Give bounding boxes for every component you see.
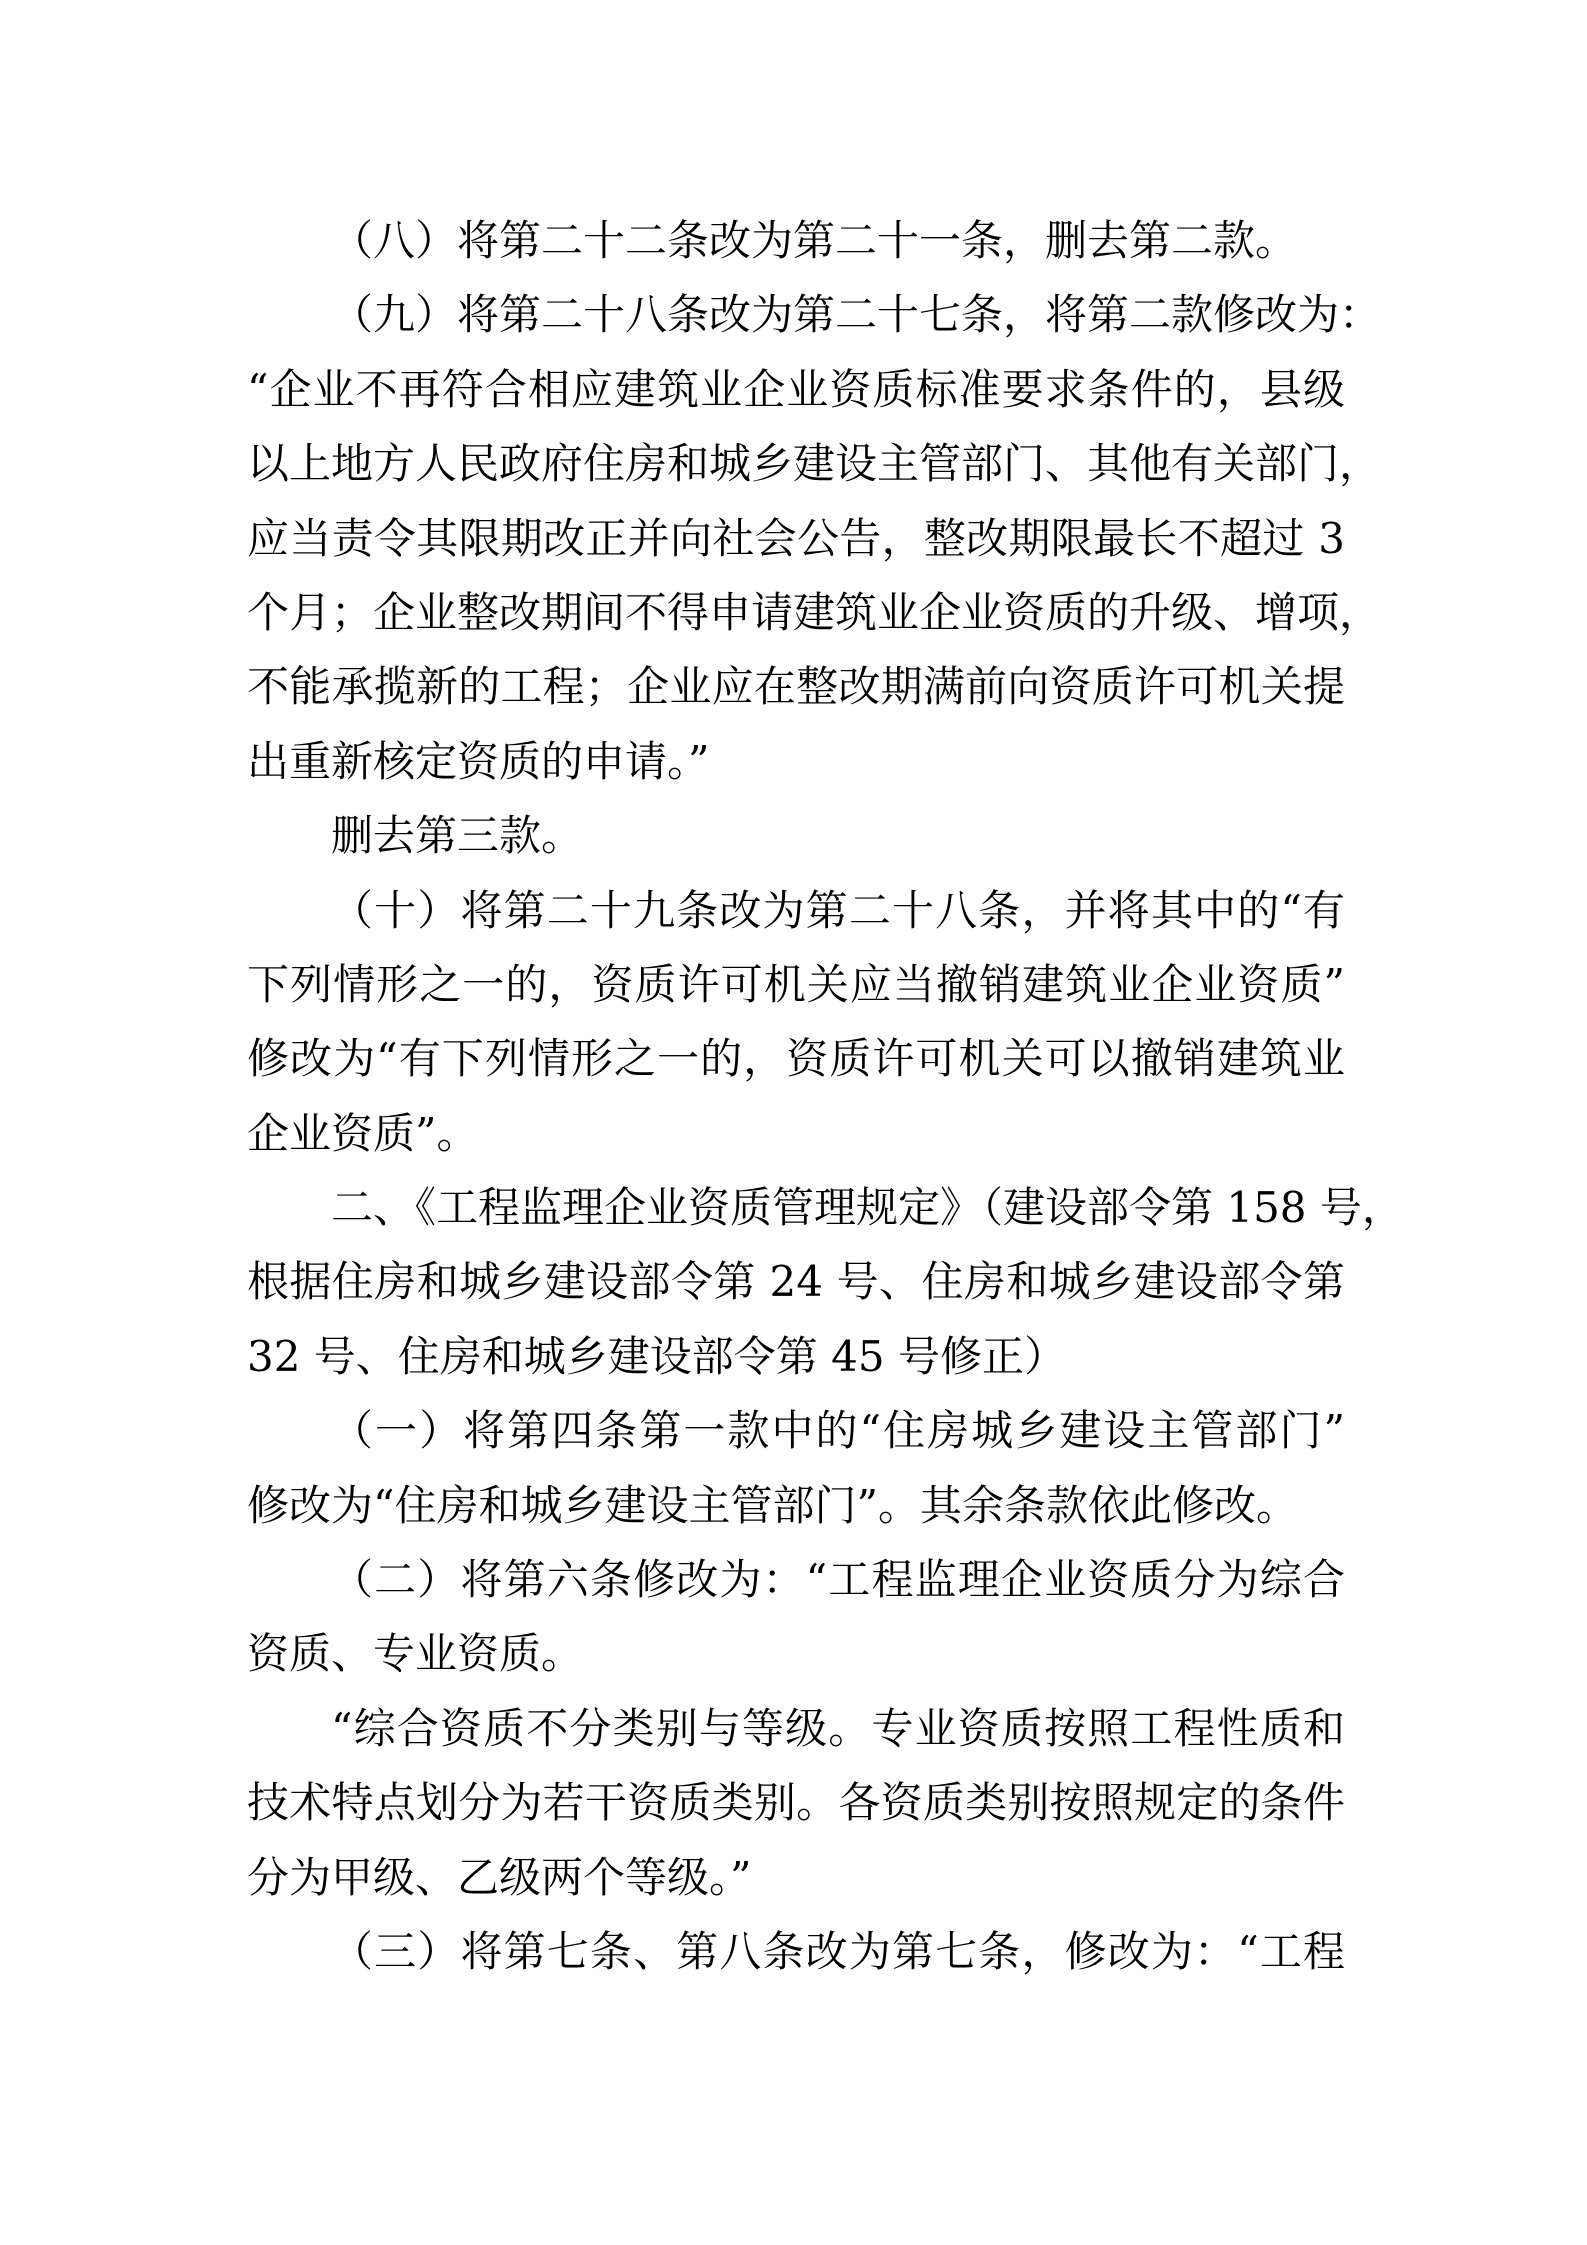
text-line: 个月；企业整改期间不得申请建筑业企业资质的升级、增项， <box>247 576 1345 650</box>
paragraph-item-10: （十）将第二十九条改为第二十八条，并将其中的“有 下列情形之一的，资质许可机关应… <box>247 874 1345 1172</box>
paragraph-section-2-item-1: （一）将第四条第一款中的“住房城乡建设主管部门” 修改为“住房和城乡建设主管部门… <box>247 1394 1345 1543</box>
document-page: （八）将第二十二条改为第二十一条，删去第二款。 （九）将第二十八条改为第二十七条… <box>0 0 1587 2245</box>
document-body: （八）将第二十二条改为第二十一条，删去第二款。 （九）将第二十八条改为第二十七条… <box>247 204 1345 1989</box>
text-line: 32 号、住房和城乡建设部令第 45 号修正） <box>247 1320 1345 1394</box>
paragraph-delete-clause-3: 删去第三款。 <box>247 799 1345 873</box>
text-line: （九）将第二十八条改为第二十七条，将第二款修改为： <box>247 278 1345 352</box>
text-line: 应当责令其限期改正并向社会公告，整改期限最长不超过 3 <box>247 502 1345 576</box>
text-line: 修改为“住房和城乡建设主管部门”。其余条款依此修改。 <box>247 1469 1345 1543</box>
paragraph-section-2-heading: 二、《工程监理企业资质管理规定》（建设部令第 158 号， 根据住房和城乡建设部… <box>247 1171 1345 1394</box>
text-line: 分为甲级、乙级两个等级。” <box>247 1841 1345 1915</box>
text-line: （一）将第四条第一款中的“住房城乡建设主管部门” <box>247 1394 1345 1468</box>
text-line: （二）将第六条修改为：“工程监理企业资质分为综合 <box>247 1543 1345 1617</box>
text-line: 二、《工程监理企业资质管理规定》（建设部令第 158 号， <box>247 1171 1345 1245</box>
text-line: （十）将第二十九条改为第二十八条，并将其中的“有 <box>247 874 1345 948</box>
paragraph-section-2-item-3: （三）将第七条、第八条改为第七条，修改为：“工程 <box>247 1915 1345 1989</box>
paragraph-item-8: （八）将第二十二条改为第二十一条，删去第二款。 <box>247 204 1345 278</box>
paragraph-section-2-item-2-quote: “综合资质不分类别与等级。专业资质按照工程性质和 技术特点划分为若干资质类别。各… <box>247 1692 1345 1915</box>
text-line: 以上地方人民政府住房和城乡建设主管部门、其他有关部门， <box>247 427 1345 501</box>
text-line: 修改为“有下列情形之一的，资质许可机关可以撤销建筑业 <box>247 1022 1345 1096</box>
text-line: 技术特点划分为若干资质类别。各资质类别按照规定的条件 <box>247 1766 1345 1840</box>
text-line: 不能承揽新的工程；企业应在整改期满前向资质许可机关提 <box>247 650 1345 724</box>
text-line: （三）将第七条、第八条改为第七条，修改为：“工程 <box>247 1915 1345 1989</box>
paragraph-section-2-item-2: （二）将第六条修改为：“工程监理企业资质分为综合 资质、专业资质。 <box>247 1543 1345 1692</box>
text-line: 企业资质”。 <box>247 1097 1345 1171</box>
text-line: 资质、专业资质。 <box>247 1617 1345 1691</box>
text-line: 删去第三款。 <box>247 799 1345 873</box>
text-line: 出重新核定资质的申请。” <box>247 725 1345 799</box>
text-line: “企业不再符合相应建筑业企业资质标准要求条件的，县级 <box>247 353 1345 427</box>
text-line: 根据住房和城乡建设部令第 24 号、住房和城乡建设部令第 <box>247 1245 1345 1319</box>
text-line: “综合资质不分类别与等级。专业资质按照工程性质和 <box>247 1692 1345 1766</box>
text-line: 下列情形之一的，资质许可机关应当撤销建筑业企业资质” <box>247 948 1345 1022</box>
paragraph-item-9: （九）将第二十八条改为第二十七条，将第二款修改为： “企业不再符合相应建筑业企业… <box>247 278 1345 799</box>
text-line: （八）将第二十二条改为第二十一条，删去第二款。 <box>247 204 1345 278</box>
